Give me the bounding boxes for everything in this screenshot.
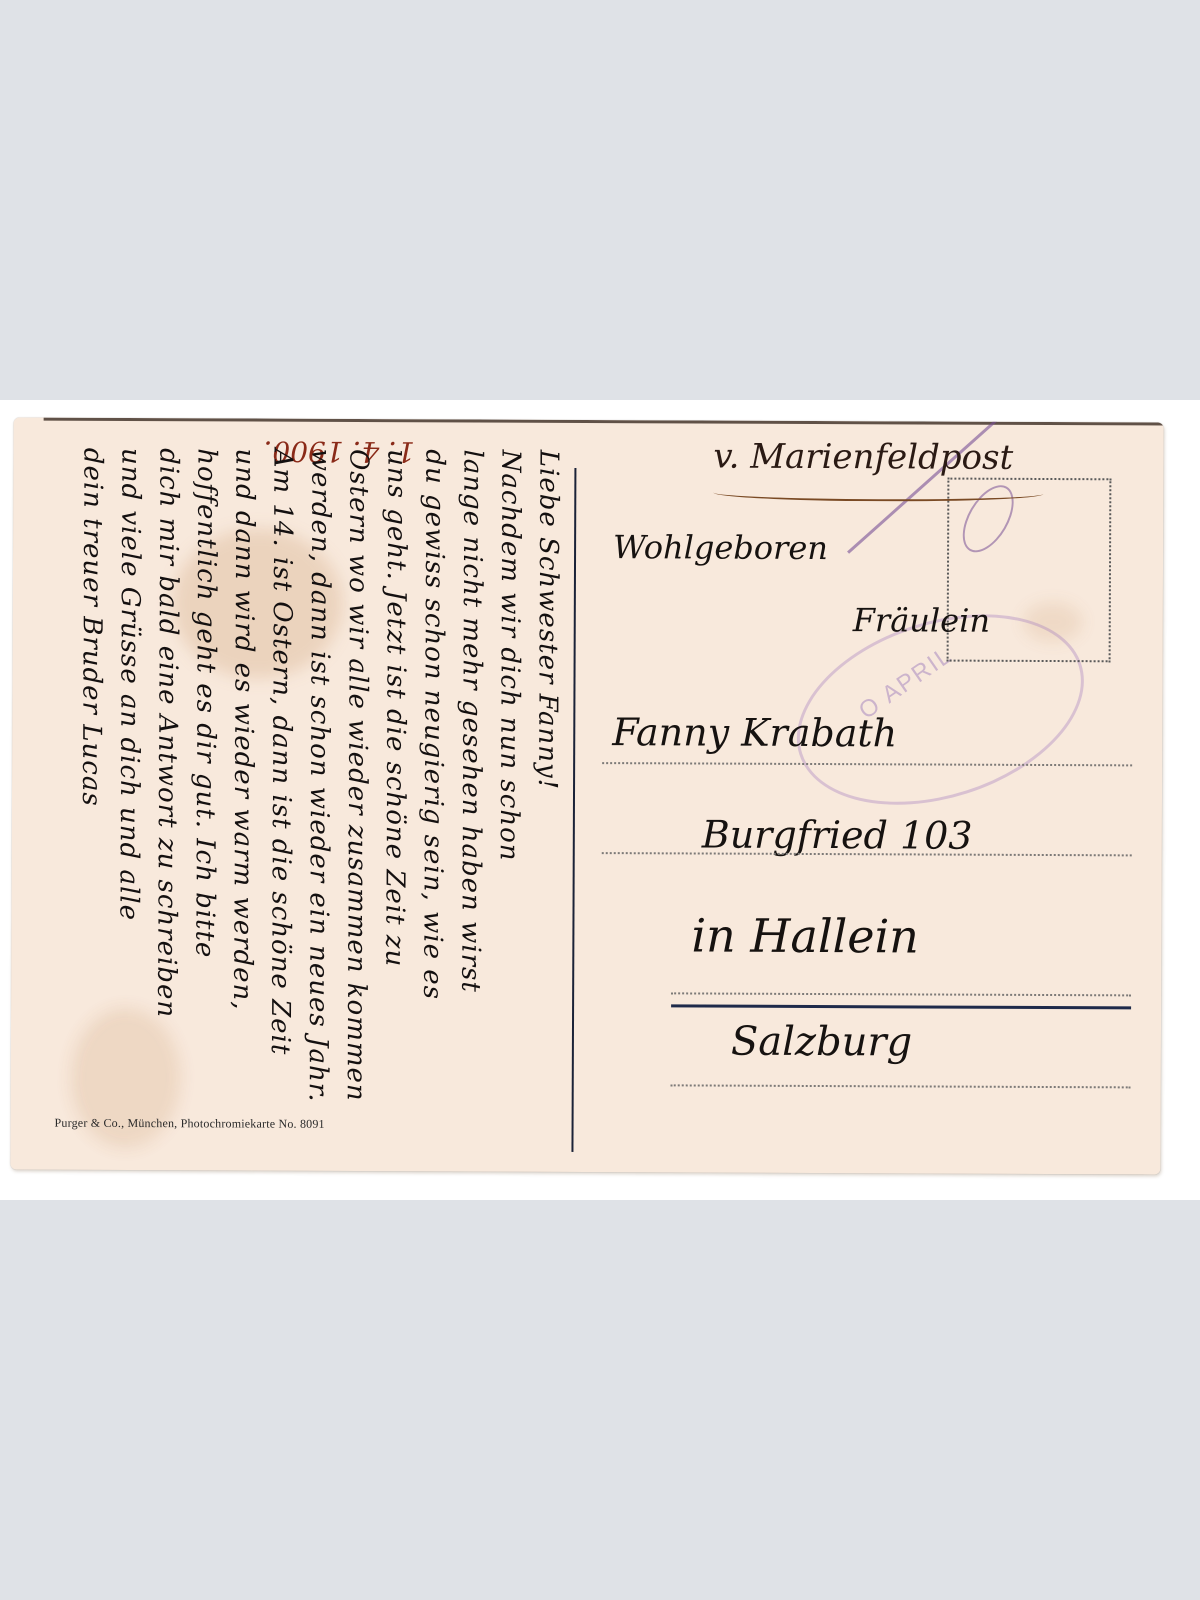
sender-line: v. Marienfeldpost	[713, 437, 1013, 478]
message-line: und viele Grüsse an dich und alle	[113, 428, 152, 1118]
address-solid-line	[671, 1004, 1131, 1009]
message-line: Liebe Schwester Fanny!	[531, 430, 570, 1120]
address-dotted-line	[671, 992, 1131, 996]
address-place: in Hallein	[691, 908, 919, 963]
message-line: dich mir bald eine Antwort zu schreiben	[151, 428, 190, 1118]
postcard: 1. 4. 1900. Liebe Schwester Fanny! Nachd…	[10, 417, 1163, 1174]
address-street: Burgfried 103	[702, 813, 973, 858]
message-line: du gewiss schon neugierig sein, wie es	[417, 429, 456, 1119]
message-line: Ostern wo wir alle wieder zusammen komme…	[341, 429, 380, 1119]
message-line: werden, dann ist schon wieder ein neues …	[303, 429, 342, 1119]
address-salutation: Wohlgeboren	[613, 528, 828, 567]
sender-underline	[713, 485, 1043, 502]
message-line: hoffentlich geht es dir gut. Ich bitte	[189, 428, 228, 1118]
address-title: Fräulein	[853, 601, 990, 640]
address-dotted-line	[671, 1084, 1131, 1088]
vertical-divider	[571, 468, 576, 1152]
message-line: und dann wird es wieder warm werden,	[227, 428, 266, 1118]
address-name: Fanny Krabath	[612, 710, 897, 755]
message-line: dein treuer Bruder Lucas	[75, 428, 114, 1118]
message-area: 1. 4. 1900. Liebe Schwester Fanny! Nachd…	[41, 428, 564, 1120]
publisher-imprint: Purger & Co., München, Photochromiekarte…	[55, 1116, 325, 1132]
address-city: Salzburg	[731, 1019, 912, 1066]
message-line: Nachdem wir dich nun schon	[493, 430, 532, 1120]
message-line: lange nicht mehr gesehen haben wirst	[455, 429, 494, 1119]
message-line: Am 14. ist Ostern, dann ist die schöne Z…	[265, 429, 304, 1119]
message-line: uns geht. Jetzt ist die schöne Zeit zu	[379, 429, 418, 1119]
